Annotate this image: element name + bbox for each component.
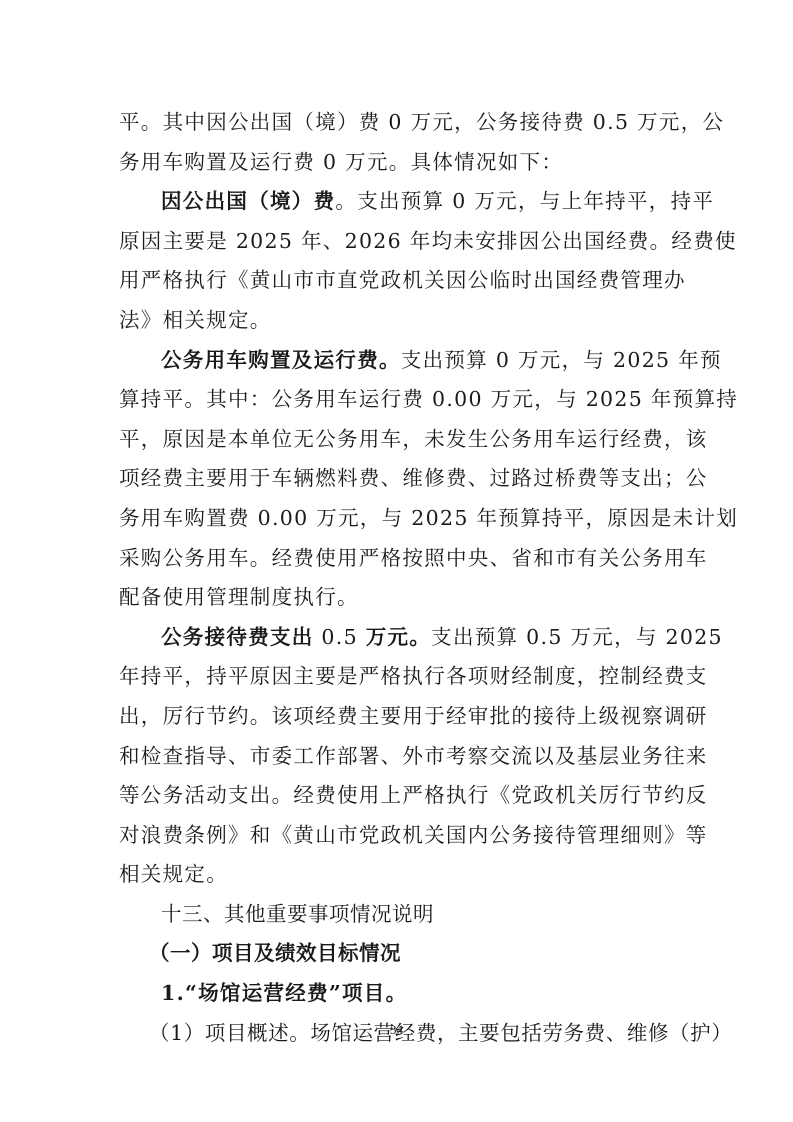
body-text: 。支出预算 0 万元，与上年持平，持平	[335, 189, 714, 213]
body-text: 0.5	[314, 625, 366, 649]
text-line: 公务接待费支出 0.5 万元。支出预算 0.5 万元，与 2025	[119, 618, 681, 658]
body-text: 算持平。其中：公务用车运行费 0.00 万元，与 2025 年预算持	[119, 387, 738, 411]
text-line: 年持平，持平原因主要是严格执行各项财经制度，控制经费支	[119, 657, 681, 697]
body-text: 务用车购置及运行费 0 万元。具体情况如下：	[119, 150, 563, 174]
text-line: 平，原因是本单位无公务用车，未发生公务用车运行经费，该	[119, 420, 681, 460]
text-line: 对浪费条例》和《黄山市党政机关国内公务接待管理细则》等	[119, 816, 681, 856]
document-body: 平。其中因公出国（境）费 0 万元，公务接待费 0.5 万元，公 务用车购置及运…	[119, 103, 681, 1053]
section-heading: 十三、其他重要事项情况说明	[119, 895, 681, 935]
text-line: 算持平。其中：公务用车运行费 0.00 万元，与 2025 年预算持	[119, 380, 681, 420]
body-text: 年持平，持平原因主要是严格执行各项财经制度，控制经费支	[119, 664, 708, 688]
text-line: 务用车购置费 0.00 万元，与 2025 年预算持平，原因是未计划	[119, 499, 681, 539]
text-line: 原因主要是 2025 年、2026 年均未安排因公出国经费。经费使	[119, 222, 681, 262]
text-line: 等公务活动支出。经费使用上严格执行《党政机关厉行节约反	[119, 776, 681, 816]
body-text: 平。其中因公出国（境）费 0 万元，公务接待费 0.5 万元，公	[119, 110, 724, 134]
text-line: 平。其中因公出国（境）费 0 万元，公务接待费 0.5 万元，公	[119, 103, 681, 143]
body-text: 项经费主要用于车辆燃料费、维修费、过路过桥费等支出；公	[119, 466, 708, 490]
bold-lead-text: 因公出国（境）费	[161, 189, 335, 213]
text-line: 务用车购置及运行费 0 万元。具体情况如下：	[119, 143, 681, 183]
body-text: 和检查指导、市委工作部署、外市考察交流以及基层业务往来	[119, 744, 708, 768]
text-line: 用严格执行《黄山市市直党政机关因公临时出国经费管理办	[119, 261, 681, 301]
bold-lead-text: 万元。	[366, 625, 431, 649]
body-text: 采购公务用车。经费使用严格按照中央、省和市有关公务用车	[119, 546, 708, 570]
text-line: 法》相关规定。	[119, 301, 681, 341]
text-line: 采购公务用车。经费使用严格按照中央、省和市有关公务用车	[119, 539, 681, 579]
item-heading: 1.“场馆运营经费”项目。	[119, 974, 681, 1014]
body-text: 支出预算 0 万元，与 2025 年预	[401, 348, 722, 372]
text-line: 出，厉行节约。该项经费主要用于经审批的接待上级视察调研	[119, 697, 681, 737]
body-text: 配备使用管理制度执行。	[119, 585, 359, 609]
body-text: 对浪费条例》和《黄山市党政机关国内公务接待管理细则》等	[119, 823, 708, 847]
body-text: 务用车购置费 0.00 万元，与 2025 年预算持平，原因是未计划	[119, 506, 738, 530]
body-text: 法》相关规定。	[119, 308, 272, 332]
body-text: 出，厉行节约。该项经费主要用于经审批的接待上级视察调研	[119, 704, 708, 728]
body-text: 支出预算 0.5 万元，与 2025	[431, 625, 723, 649]
body-text: 用严格执行《黄山市市直党政机关因公临时出国经费管理办	[119, 268, 686, 292]
text-line: 和检查指导、市委工作部署、外市考察交流以及基层业务往来	[119, 737, 681, 777]
text-line: 相关规定。	[119, 855, 681, 895]
text-line: 配备使用管理制度执行。	[119, 578, 681, 618]
page-number: 34	[0, 1022, 793, 1038]
text-line: 项经费主要用于车辆燃料费、维修费、过路过桥费等支出；公	[119, 459, 681, 499]
body-text: 等公务活动支出。经费使用上严格执行《党政机关厉行节约反	[119, 783, 708, 807]
body-text: 相关规定。	[119, 862, 228, 886]
text-line: 公务用车购置及运行费。支出预算 0 万元，与 2025 年预	[119, 341, 681, 381]
bold-lead-text: 公务用车购置及运行费。	[161, 348, 401, 372]
text-line: 因公出国（境）费。支出预算 0 万元，与上年持平，持平	[119, 182, 681, 222]
bold-lead-text: 公务接待费支出	[161, 625, 314, 649]
body-text: 原因主要是 2025 年、2026 年均未安排因公出国经费。经费使	[119, 229, 737, 253]
subsection-heading: （一）项目及绩效目标情况	[119, 934, 681, 974]
body-text: 平，原因是本单位无公务用车，未发生公务用车运行经费，该	[119, 427, 708, 451]
document-page: 平。其中因公出国（境）费 0 万元，公务接待费 0.5 万元，公 务用车购置及运…	[0, 0, 793, 1122]
